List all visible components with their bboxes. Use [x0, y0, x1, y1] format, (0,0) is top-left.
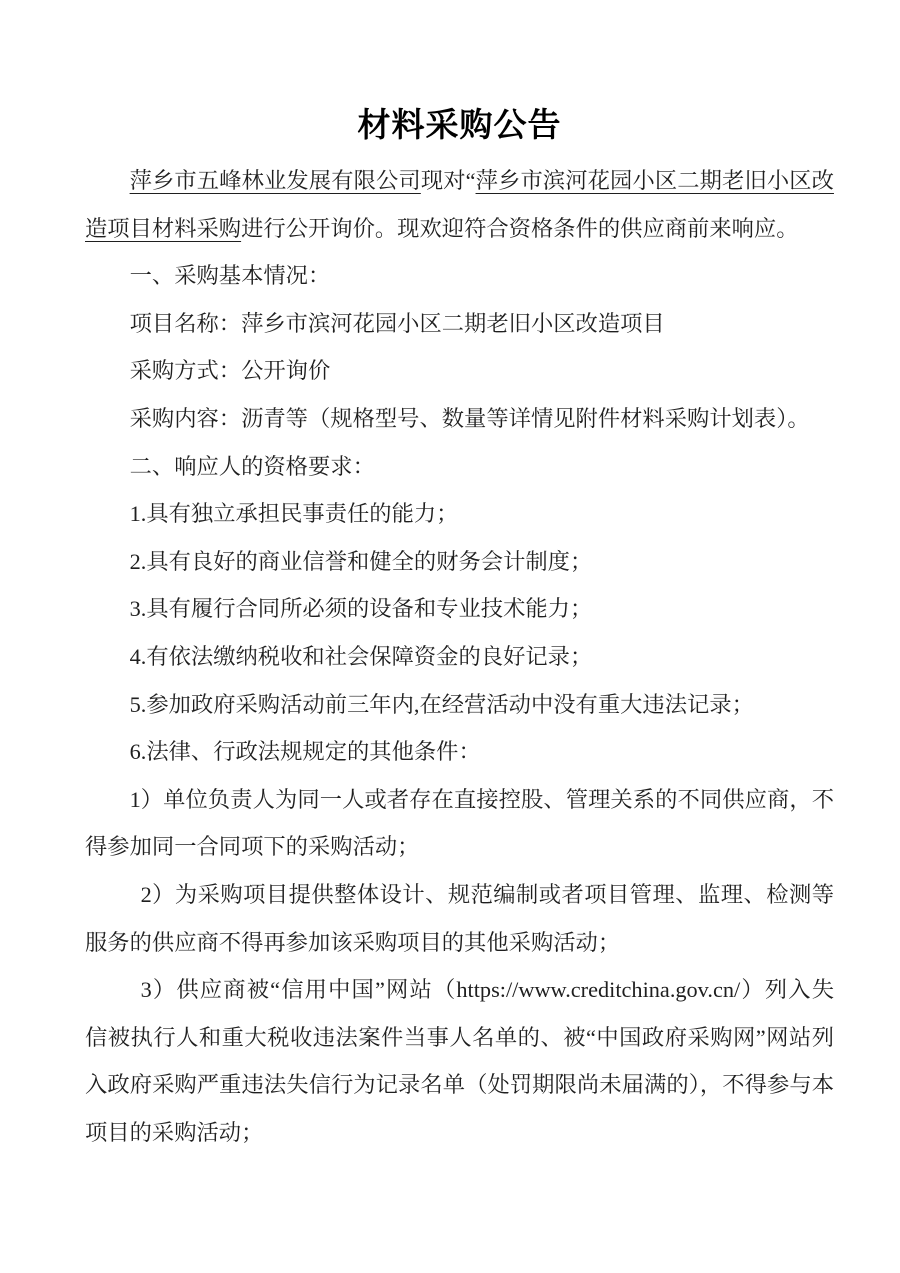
qualification-item-4: 4.有依法缴纳税收和社会保障资金的良好记录；: [85, 633, 834, 681]
basic-info-procurement-method: 采购方式：公开询价: [85, 347, 834, 395]
intro-tail-text: 进行公开询价。现欢迎符合资格条件的供应商前来响应。: [241, 216, 798, 241]
qualification-item-5: 5.参加政府采购活动前三年内,在经营活动中没有重大违法记录；: [85, 681, 834, 729]
qualification-item-3: 3.具有履行合同所必须的设备和专业技术能力；: [85, 585, 834, 633]
section2-heading: 二、响应人的资格要求：: [85, 443, 834, 491]
qualification-subitem-3: 3）供应商被“信用中国”网站（https://www.creditchina.g…: [85, 966, 834, 1156]
section1-heading: 一、采购基本情况：: [85, 252, 834, 300]
buyer-name-underlined: 萍乡市五峰林业发展有限公司: [130, 168, 421, 193]
intro-paragraph: 萍乡市五峰林业发展有限公司现对“萍乡市滨河花园小区二期老旧小区改造项目材料采购进…: [85, 157, 834, 252]
qualification-item-2: 2.具有良好的商业信誉和健全的财务会计制度；: [85, 538, 834, 586]
qualification-subitem-1: 1）单位负责人为同一人或者存在直接控股、管理关系的不同供应商，不得参加同一合同项…: [85, 776, 834, 871]
qualification-item-6: 6.法律、行政法规规定的其他条件：: [85, 728, 834, 776]
document-title: 材料采购公告: [85, 103, 834, 147]
document-page: 材料采购公告 萍乡市五峰林业发展有限公司现对“萍乡市滨河花园小区二期老旧小区改造…: [0, 0, 900, 1273]
basic-info-project-name: 项目名称：萍乡市滨河花园小区二期老旧小区改造项目: [85, 300, 834, 348]
basic-info-procurement-content: 采购内容：沥青等（规格型号、数量等详情见附件材料采购计划表）。: [85, 395, 834, 443]
qualification-subitem-2: 2）为采购项目提供整体设计、规范编制或者项目管理、监理、检测等服务的供应商不得再…: [85, 871, 834, 966]
intro-connector-text: 现对“: [421, 168, 476, 193]
qualification-item-1: 1.具有独立承担民事责任的能力；: [85, 490, 834, 538]
